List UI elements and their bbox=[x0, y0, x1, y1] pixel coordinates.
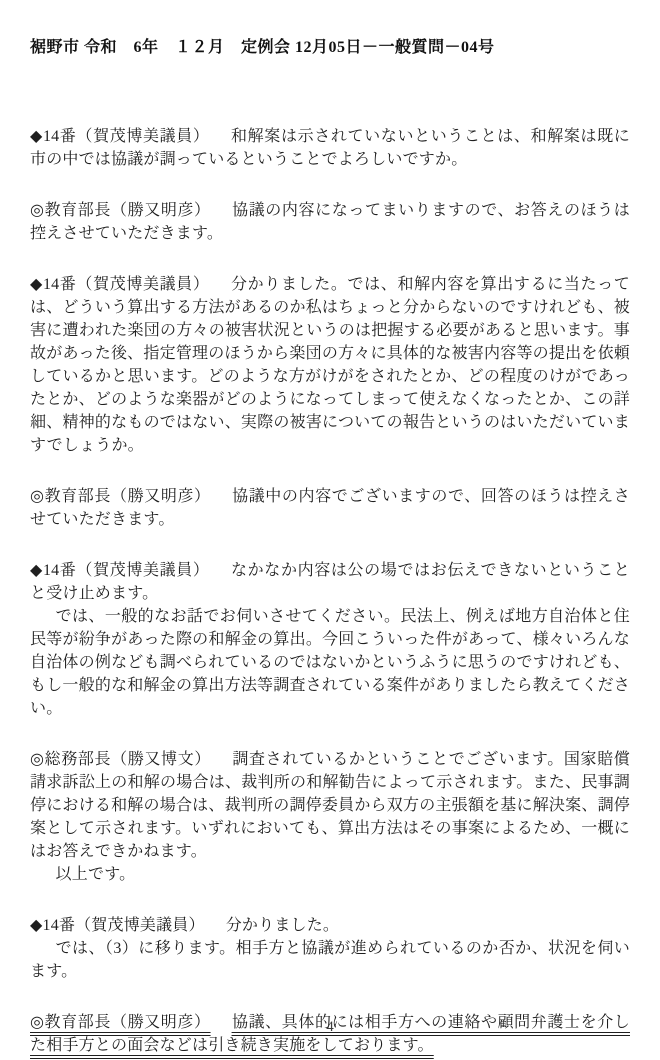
speech-followup-paragraph: では、（3）に移ります。相手方と協議が進められているのか否か、状況を伺います。 bbox=[30, 937, 630, 983]
speech-opening-paragraph: ◎教育部長（勝又明彦） 協議中の内容でございますので、回答のほうは控えさせていた… bbox=[30, 485, 630, 531]
speech-text: 分かりました。 bbox=[226, 917, 339, 934]
speech-block: ◆14番（賀茂博美議員） 分かりました。では、（3）に移ります。相手方と協議が進… bbox=[30, 914, 630, 983]
speaker-gap bbox=[211, 748, 232, 771]
speech-opening-paragraph: ◎総務部長（勝又博文） 調査されているかということでございます。国家賠償請求訴訟… bbox=[30, 748, 630, 863]
speech-text: 分かりました。では、和解内容を算出するに当たっては、どういう算出する方法があるの… bbox=[30, 276, 630, 454]
speaker-gap bbox=[210, 273, 231, 296]
speech-block: ◎教育部長（勝又明彦） 協議中の内容でございますので、回答のほうは控えさせていた… bbox=[30, 485, 630, 531]
speech-opening-paragraph: ◆14番（賀茂博美議員） なかなか内容は公の場ではお伝えできないということと受け… bbox=[30, 559, 630, 605]
speech-block: ◎教育部長（勝又明彦） 協議の内容になってまいりますので、お答えのほうは控えさせ… bbox=[30, 199, 630, 245]
speaker-gap bbox=[210, 125, 231, 148]
speaker-label: ◆14番（賀茂博美議員） bbox=[30, 276, 210, 293]
speaker-label: ◆14番（賀茂博美議員） bbox=[30, 917, 205, 934]
speaker-label: ◎総務部長（勝又博文） bbox=[30, 751, 211, 768]
speech-opening-paragraph: ◎教育部長（勝又明彦） 協議の内容になってまいりますので、お答えのほうは控えさせ… bbox=[30, 199, 630, 245]
speech-block: ◎総務部長（勝又博文） 調査されているかということでございます。国家賠償請求訴訟… bbox=[30, 748, 630, 886]
speaker-gap bbox=[205, 914, 226, 937]
speech-block: ◆14番（賀茂博美議員） 和解案は示されていないということは、和解案は既に市の中… bbox=[30, 125, 630, 171]
speaker-label: ◎教育部長（勝又明彦） bbox=[30, 488, 211, 505]
page-number: 4 bbox=[0, 1018, 660, 1036]
speaker-label: ◎教育部長（勝又明彦） bbox=[30, 202, 211, 219]
speech-followup-paragraph: 以上です。 bbox=[30, 863, 630, 886]
speech-list: ◆14番（賀茂博美議員） 和解案は示されていないということは、和解案は既に市の中… bbox=[30, 125, 630, 1057]
speaker-gap bbox=[211, 485, 232, 508]
speech-block: ◆14番（賀茂博美議員） 分かりました。では、和解内容を算出するに当たっては、ど… bbox=[30, 273, 630, 457]
speaker-gap bbox=[211, 199, 232, 222]
speech-opening-paragraph: ◆14番（賀茂博美議員） 分かりました。では、和解内容を算出するに当たっては、ど… bbox=[30, 273, 630, 457]
speech-opening-paragraph: ◆14番（賀茂博美議員） 分かりました。 bbox=[30, 914, 630, 937]
speech-opening-paragraph: ◆14番（賀茂博美議員） 和解案は示されていないということは、和解案は既に市の中… bbox=[30, 125, 630, 171]
speech-followup-paragraph: では、一般的なお話でお伺いさせてください。民法上、例えば地方自治体と住民等が紛争… bbox=[30, 605, 630, 720]
speaker-label: ◆14番（賀茂博美議員） bbox=[30, 562, 210, 579]
document-header-title: 裾野市 令和 6年 １２月 定例会 12月05日－一般質問－04号 bbox=[30, 36, 630, 59]
speaker-gap bbox=[210, 559, 231, 582]
speaker-label: ◆14番（賀茂博美議員） bbox=[30, 128, 210, 145]
speech-block: ◆14番（賀茂博美議員） なかなか内容は公の場ではお伝えできないということと受け… bbox=[30, 559, 630, 720]
document-page: 裾野市 令和 6年 １２月 定例会 12月05日－一般質問－04号 ◆14番（賀… bbox=[0, 0, 660, 1060]
